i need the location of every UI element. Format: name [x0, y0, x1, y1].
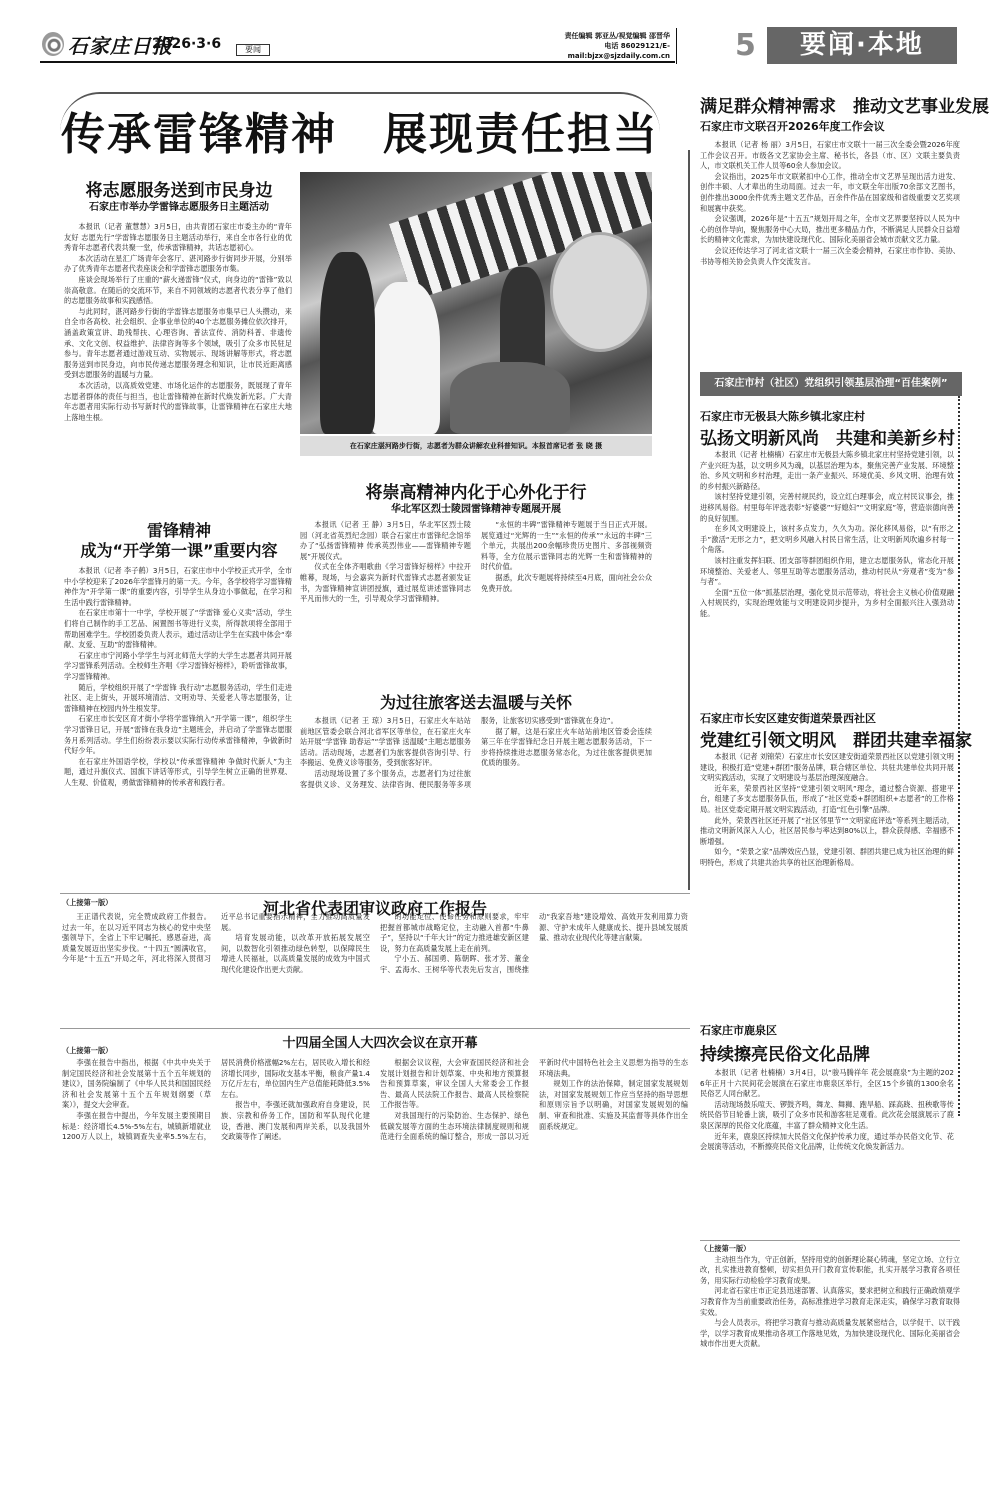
paragraph: 河北省石家庄市正定县迅速部署、认真落实，要求把树立和践行正确政绩观学习教育作为当… [700, 1286, 960, 1318]
section-divider [60, 1028, 690, 1029]
right-article3-title: 党建红引领文明风 群团共建幸福家 [700, 726, 972, 751]
right-article1-subtitle: 石家庄市文联召开2026年度工作会议 [700, 118, 885, 134]
paragraph: 在石家庄外国语学校，学校以“传承雷锋精神 争做时代新人”为主题，通过升旗仪式、国… [64, 757, 292, 789]
article-volunteer-subtitle: 石家庄市举办学雷锋志愿服务日主题活动 [64, 198, 294, 213]
paragraph: 本报讯（记者 王 琼）3月5日，石家庄火车站站前地区管委会联合河北省军区等单位，… [300, 716, 471, 769]
dotted-border [958, 396, 960, 1116]
article-school-body: 本报讯（记者 李子鹤）3月5日，石家庄市中小学校正式开学，全市中小学校迎来了20… [64, 566, 292, 886]
market-stall-table [450, 362, 570, 434]
right-article5-body: （上接第一版） 主动担当作为，守正创新，坚持用党的创新理论凝心铸魂，坚定立场、立… [700, 1244, 960, 1474]
right-article3-kicker: 石家庄市长安区建安街道荣景西社区 [700, 710, 876, 726]
paragraph: 此外，荣景西社区还开展了“社区邻里节”“文明家庭评选”等系列主题活动，推动文明新… [700, 816, 954, 848]
person-dark-coat [320, 252, 375, 434]
paragraph: 李强在报告中指出，根据《中共中央关于制定国民经济和社会发展第十五个五年规划的建议… [62, 1058, 211, 1111]
page-number: 5 [735, 28, 756, 63]
paragraph: 本报讯（记者 杜楠楠）3月4日，以“骏马腾祥年 花会展鹿泉”为主题的2026年正… [700, 1068, 954, 1100]
right-article4-kicker: 石家庄市鹿泉区 [700, 1022, 777, 1038]
continued-label: （上接第一版） [700, 1244, 960, 1255]
person-stall-vendor [500, 267, 545, 377]
paragraph: 本报讯（记者 刘锦荣）石家庄市长安区建安街道荣景西社区以党建引领文明建设，积极打… [700, 752, 954, 784]
article-npc-body: 李强在报告中指出，根据《中共中央关于制定国民经济和社会发展第十五个五年规划的建议… [62, 1058, 688, 1478]
section-badge: 要闻 [236, 44, 270, 56]
contact-line: 电话 86029121/E-mail:bjzx@sjzdaily.com.cn [560, 41, 670, 61]
editor-line: 责任编辑 郭亚丛/视觉编辑 邵晋华 [560, 31, 670, 41]
paragraph: 据悉，此次专题展将持续至4月底，面向社会公众免费开放。 [481, 573, 652, 594]
paragraph: 报告中，李强还就加强政府自身建设，民族、宗教和侨务工作，国防和军队现代化建设，香… [221, 1100, 370, 1142]
article-volunteer-body: 本报讯（记者 董慧慧）3月5日，由共青团石家庄市委主办的“青年友好 志愿先行”学… [64, 222, 292, 504]
paragraph: 本报讯（记者 杨 丽）3月5日，石家庄市文联十一届三次全委会暨2026年度工作会… [700, 140, 960, 172]
right-article2-body: 本报讯（记者 杜楠楠）石家庄市无极县大陈乡镇北家庄村坚持党建引领，以产业兴旺为基… [700, 450, 954, 682]
paragraph: 本报讯（记者 杜楠楠）石家庄市无极县大陈乡镇北家庄村坚持党建引领，以产业兴旺为基… [700, 450, 954, 492]
decorative-plate [550, 232, 650, 352]
paragraph: 本次活动在星汇广场青年会客厅、湛河路步行街同步开展，分别举办了优秀青年志愿者代表… [64, 254, 292, 275]
article-congress-body: 王正谱代表说，完全赞成政府工作报告。过去一年，在以习近平同志为核心的党中央坚强领… [62, 912, 688, 1022]
paragraph: 仪式在全体齐唱歌曲《学习雷锋好榜样》中拉开帷幕，现场，与会嘉宾为新时代雷锋式志愿… [300, 562, 471, 604]
issue-date: 2026·3·6 [152, 36, 221, 52]
right-article2-kicker: 石家庄市无极县大陈乡镇北家庄村 [700, 408, 865, 424]
paragraph: 近年来，鹿泉区持续加大民俗文化保护传承力度，通过举办民俗文化节、花会展演等活动，… [700, 1132, 954, 1153]
paragraph: 本报讯（记者 王 静）3月5日，华北军区烈士陵园（河北省英烈纪念园）联合石家庄市… [300, 520, 471, 562]
person-white-coat [370, 282, 440, 434]
paragraph: 会议强调，2026年是“十五五”规划开局之年，全市文艺界要坚持以人民为中心的创作… [700, 214, 960, 246]
paragraph: 座谈会现场举行了庄重的“薪火递雷锋”仪式，向身边的“雷锋”致以崇高敬意。在随后的… [64, 275, 292, 307]
series-banner: 石家庄市村（社区）党组织引领基层治理“百佳案例” [700, 372, 962, 396]
editor-credits: 责任编辑 郭亚丛/视觉编辑 邵晋华 电话 86029121/E-mail:bjz… [560, 31, 670, 61]
masthead-rule [40, 61, 675, 63]
paragraph: 在乡风文明建设上，该村多点发力，久久为功。深化移风易俗，以“有形之手”激活“无形… [700, 524, 954, 556]
masthead-divider [676, 28, 677, 64]
paragraph: 该村注重发挥妇联、团支部等群团组织作用，建立志愿服务队，常态化开展环境整治、关爱… [700, 556, 954, 588]
article-martyrs-body: 本报讯（记者 王 静）3月5日，华北军区烈士陵园（河北省英烈纪念园）联合石家庄市… [300, 520, 652, 670]
paragraph: 石家庄市宁河路小学学生与河北师范大学的大学生志愿者共同开展学习雷锋系列活动。全校… [64, 651, 292, 683]
paragraph: 会议还传达学习了河北省文联十一届三次全委会精神，石家庄市作协、美协、书协等相关协… [700, 246, 960, 267]
paragraph: 本报讯（记者 李子鹤）3月5日，石家庄市中小学校正式开学，全市中小学校迎来了20… [64, 566, 292, 608]
right-article3-body: 本报讯（记者 刘锦荣）石家庄市长安区建安街道荣景西社区以党建引领文明建设，积极打… [700, 752, 954, 1002]
section-title: 要闻·本地 [767, 27, 957, 64]
paragraph: 与此同时，湛河路步行街的学雷锋志愿服务市集早已人头攒动，来自全市各高校、社会组织… [64, 307, 292, 381]
paragraph: 与会人员表示，将把学习教育与推动高质量发展紧密结合，以学促干、以干践学，以学习教… [700, 1318, 960, 1350]
right-article2-title: 弘扬文明新风尚 共建和美新乡村 [700, 424, 955, 449]
newspaper-logo-icon [42, 32, 64, 56]
paragraph: 如今，“荣景之家”品牌效应凸显，党建引领、群团共建已成为社区治理的鲜明特色，形成… [700, 847, 954, 868]
paragraph: 的功能定位、使命任务和原则要求，牢牢把握首都城市战略定位，主动融入首都“牛鼻子”… [380, 912, 529, 954]
article-martyrs-subtitle: 华北军区烈士陵园雷锋精神专题展开展 [300, 500, 652, 515]
paragraph: 全面“五位一体”抓基层治理，强化党员示范带动，将社会主义核心价值观融入村规民约，… [700, 588, 954, 620]
right-article1-body: 本报讯（记者 杨 丽）3月5日，石家庄市文联十一届三次全委会暨2026年度工作会… [700, 140, 960, 365]
paragraph: “永恒的丰碑”雷锋精神专题展于当日正式开展。展览通过“光辉的一生”“永恒的传承”… [481, 520, 652, 573]
paragraph: 据了解，这是石家庄火车站站前地区管委会连续第三年在学雷锋纪念日开展主题志愿服务活… [481, 727, 652, 769]
paragraph: 随后，学校组织开展了“学雷锋 我行动”志愿服务活动，学生们走进社区、走上街头，开… [64, 683, 292, 715]
paragraph: 该村坚持党建引领，完善村规民约，设立红白理事会，成立村民议事会，推进移风易俗。村… [700, 492, 954, 524]
paragraph: 根据会议议程，大会审查国民经济和社会发展计划报告和计划草案、中央和地方预算报告和… [380, 1058, 529, 1111]
paragraph: 主动担当作为，守正创新，坚持用党的创新理论凝心铸魂，坚定立场、立行立改，扎实推进… [700, 1255, 960, 1287]
news-photo [300, 172, 652, 434]
photo-caption: 在石家庄湛河路步行街，志愿者为群众讲解农业科普知识。本报首席记者 张 晓 摄 [300, 436, 652, 456]
paragraph: 近年来，荣景西社区坚持“党建引领文明风”理念，通过整合资源、搭建平台，组建了多支… [700, 784, 954, 816]
paragraph: 活动现场鼓乐喧天、锣鼓齐鸣，舞龙、舞狮、跑旱船、踩高跷、扭秧歌等传统民俗节目轮番… [700, 1100, 954, 1132]
right-article1-title: 满足群众精神需求 推动文艺事业发展 [700, 92, 989, 117]
paragraph: 石家庄市长安区育才街小学将学雷锋纳入“开学第一课”，组织学生学习雷锋日记，开展“… [64, 714, 292, 756]
paragraph: 会议指出，2025年市文联紧扣中心工作，推动全市文艺界呈现出活力迸发、创作丰硕、… [700, 172, 960, 214]
article-npc-title: 十四届全国人大四次会议在京开幕 [220, 1032, 540, 1051]
article-travel-body: 本报讯（记者 王 琼）3月5日，石家庄火车站站前地区管委会联合河北省军区等单位，… [300, 716, 652, 881]
right-article4-title: 持续擦亮民俗文化品牌 [700, 1040, 870, 1065]
continued-label: （上接第一版） [62, 898, 202, 909]
right-article4-body: 本报讯（记者 杜楠楠）3月4日，以“骏马腾祥年 花会展鹿泉”为主题的2026年正… [700, 1068, 954, 1238]
paragraph: 在石家庄市第十一中学，学校开展了“学雷锋 爱心义卖”活动，学生们将自己制作的手工… [64, 608, 292, 650]
continued-label: （上接第一版） [62, 1046, 202, 1057]
section-divider [700, 1240, 960, 1241]
paragraph: 规划工作的法治保障，制定国家发展规划法，对国家发展规划工作应当坚持的指导思想和原… [539, 1079, 688, 1132]
section-divider [60, 893, 690, 894]
paragraph: 培育发展动能，以改革开放拓展发展空间，以数智化引领推动绿色转型，以保障民生增进人… [221, 933, 370, 975]
article-travel-title: 为过往旅客送去温暖与关怀 [300, 690, 652, 713]
article-school-title-2: 成为“开学第一课”重要内容 [64, 538, 294, 561]
paragraph: 本报讯（记者 董慧慧）3月5日，由共青团石家庄市委主办的“青年友好 志愿先行”学… [64, 222, 292, 254]
paragraph: 本次活动，以高质效党建、市场化运作的志愿服务，既展现了青年志愿者群体的责任与担当… [64, 381, 292, 423]
